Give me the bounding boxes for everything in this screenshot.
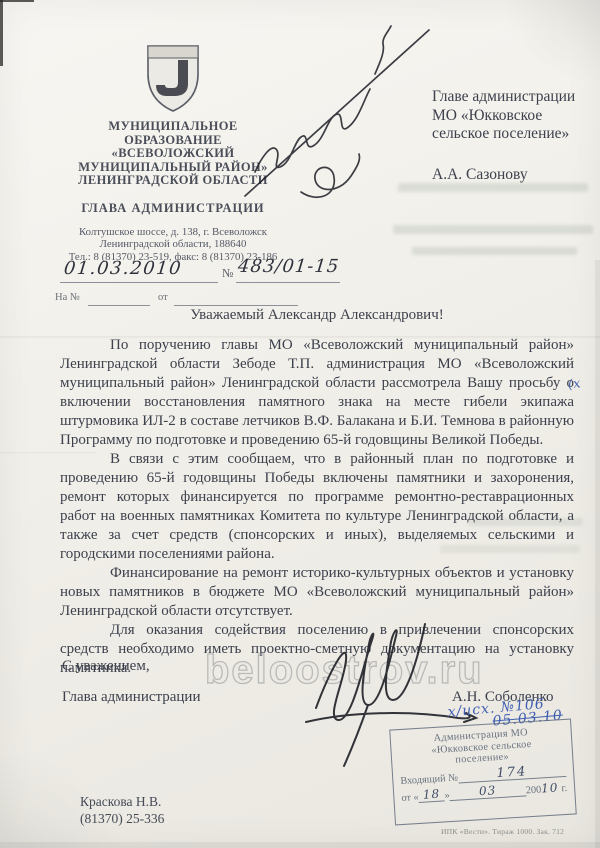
closing: С уважением, — [62, 658, 150, 675]
coat-of-arms-icon — [145, 44, 201, 114]
scan-edge-artifact — [0, 0, 34, 2]
signer-title: Глава администрации — [62, 689, 200, 706]
stamp-date-month: 03 — [479, 783, 497, 798]
stamp-date-day: 18 — [422, 786, 440, 801]
reply-from-label: от — [158, 292, 168, 303]
salutation: Уважаемый Александр Александрович! — [60, 306, 574, 325]
addressee-line: Главе администрации — [432, 88, 592, 107]
addressee-line: МО «Юкковское — [432, 107, 592, 126]
approval-signature-icon — [233, 14, 438, 204]
margin-mark: (х — [567, 376, 581, 393]
executor-name: Краскова Н.В. — [80, 793, 164, 810]
blank-line — [60, 281, 218, 283]
scanned-letter-page: МУНИЦИПАЛЬНОЕ ОБРАЗОВАНИЕ «ВСЕВОЛОЖСКИЙ … — [0, 0, 600, 848]
scan-edge-shadow — [0, 842, 600, 848]
executor-phone: (81370) 25-336 — [80, 810, 164, 827]
stamp-year-printed: 200 — [525, 784, 541, 796]
number-symbol: № — [222, 266, 233, 281]
addressee-block: Главе администрации МО «Юкковское сельск… — [432, 88, 592, 184]
bleedthrough-artifact — [393, 225, 593, 234]
org-address-line: Ленинградской области, 188640 — [42, 238, 304, 251]
stamp-org-name: Администрация МО «Юкковское сельское пос… — [398, 725, 566, 770]
bleedthrough-artifact — [412, 247, 577, 255]
body-paragraph: В связи с этим сообщаем, что в районный … — [60, 450, 574, 564]
incoming-number-value: 174 — [496, 764, 528, 781]
stamp-date-open: от « — [401, 791, 419, 803]
reply-prefix: На № — [55, 292, 80, 303]
addressee-name: А.А. Сазонову — [432, 166, 592, 185]
blank-line — [236, 281, 340, 283]
scan-edge-artifact — [0, 0, 3, 66]
printer-note: ИПК «Вести». Тираж 1000. Зак. 712 — [441, 827, 564, 836]
org-address-line: Колтушское шоссе, д. 138, г. Всеволожск — [42, 226, 304, 239]
incoming-stamp: Администрация МО «Юкковское сельское пос… — [389, 719, 577, 826]
incoming-number-label: Входящий № — [400, 772, 458, 787]
letter-number: 483/01-15 — [237, 256, 341, 277]
executor-block: Краскова Н.В. (81370) 25-336 — [80, 793, 164, 827]
stamp-year-handwritten: 10 — [541, 782, 559, 793]
letter-date: 01.03.2010 — [63, 258, 183, 279]
body-paragraph: По поручению главы МО «Всеволожский муни… — [60, 336, 574, 450]
stamp-date-suffix: г. — [561, 782, 567, 793]
addressee-line: сельское поселение» — [432, 125, 592, 144]
